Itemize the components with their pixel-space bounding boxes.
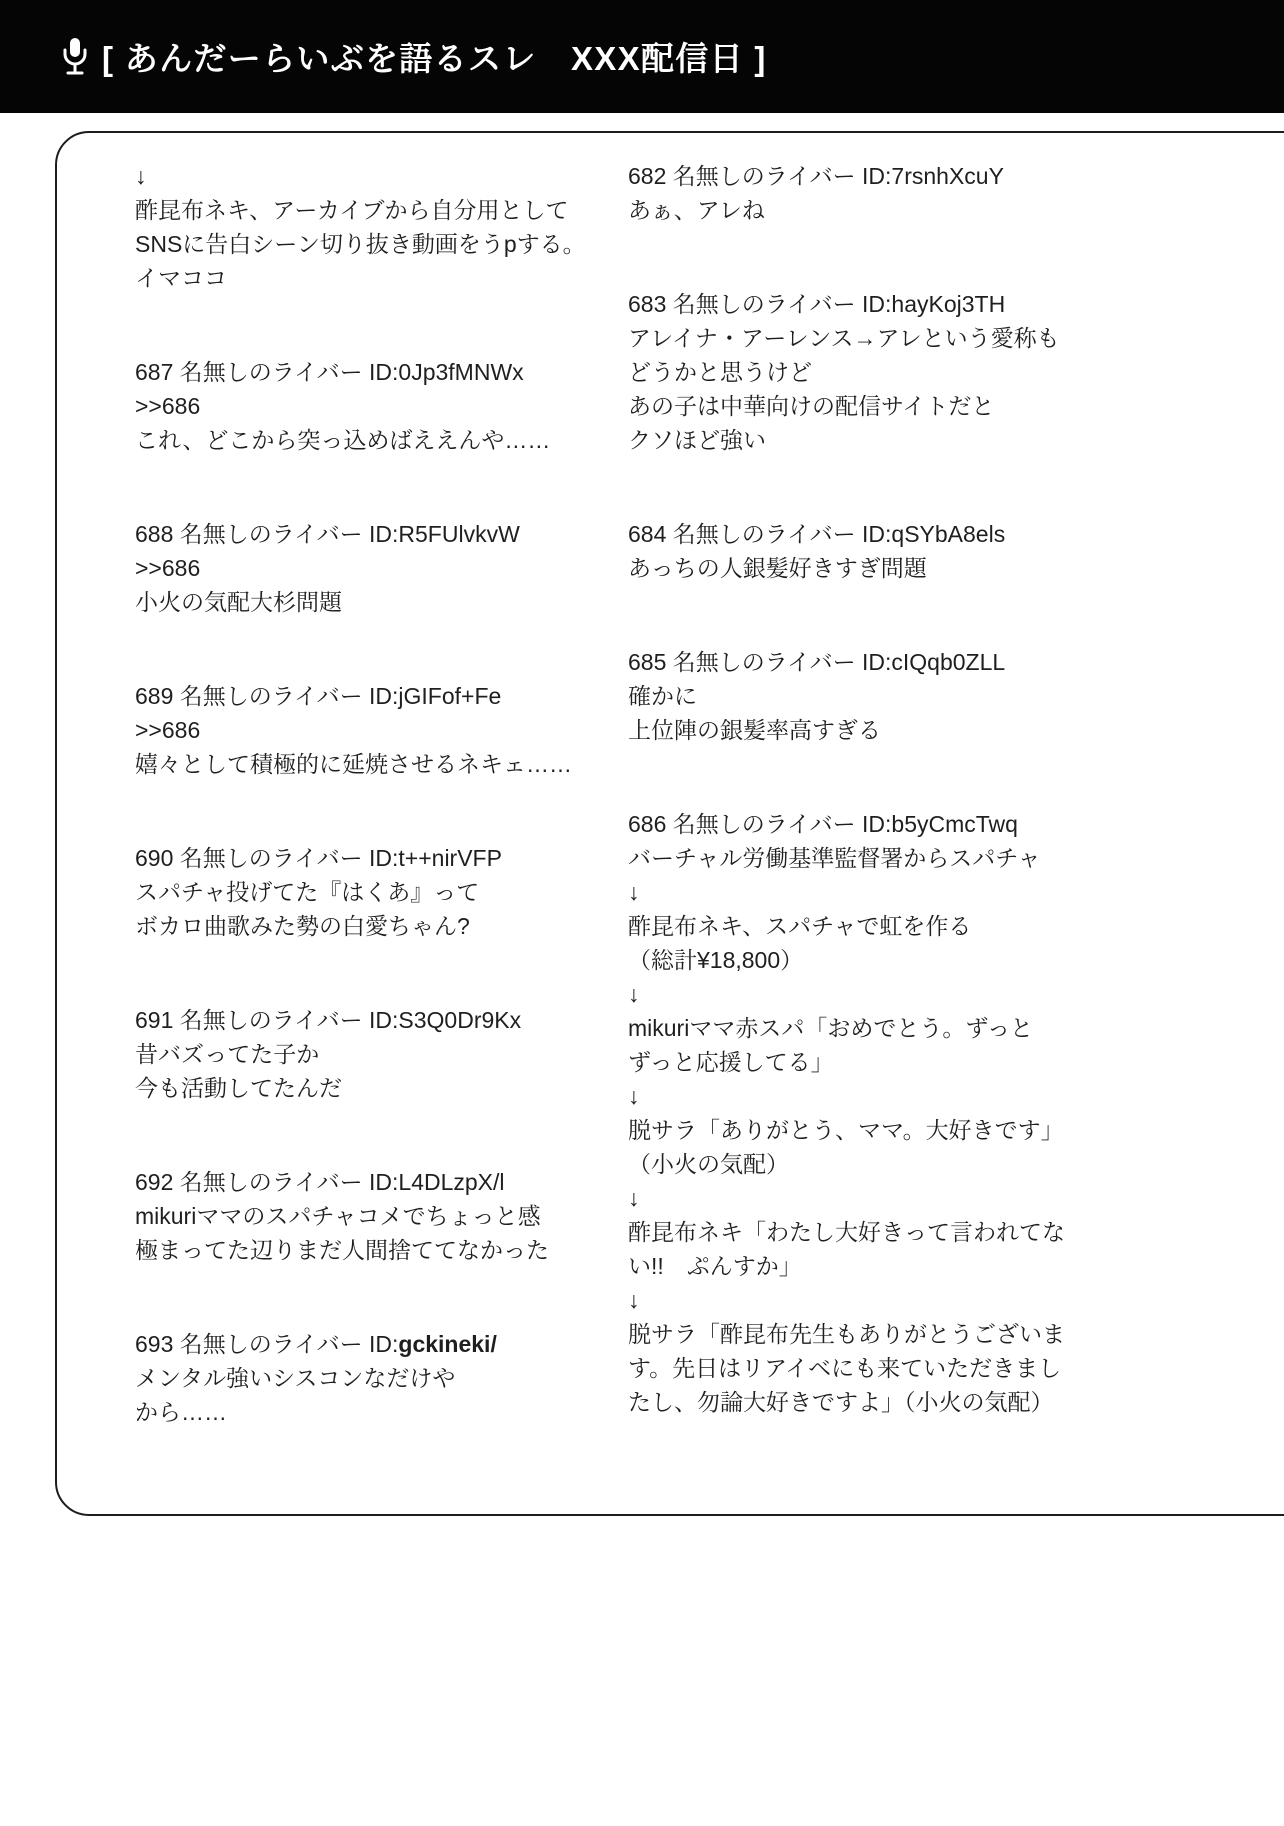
post-body: mikuriママのスパチャコメでちょっと感 極まってた辺りまだ人間捨ててなかった [135,1199,590,1267]
post-header: 685 名無しのライバー ID:cIQqb0ZLL [628,645,1128,679]
thread-column: 682 名無しのライバー ID:7rsnhXcuY あぁ、アレね 683 名無し… [628,159,1128,1489]
post-id: jGIFof+Fe [398,683,501,709]
post-author: 名無しのライバー [673,811,862,837]
post-number: 684 [628,521,673,547]
post-number: 690 [135,845,180,871]
post: 687 名無しのライバー ID:0Jp3fMNWx >>686 これ、どこから突… [135,355,590,457]
post-header: 682 名無しのライバー ID:7rsnhXcuY [628,159,1128,193]
thread-columns: ↓ 酢昆布ネキ、アーカイブから自分用として SNSに告白シーン切り抜き動画をうp… [135,159,1284,1489]
post-id: 0Jp3fMNWx [398,359,523,385]
post-header: 688 名無しのライバー ID:R5FUlvkvW [135,517,590,551]
post-number: 687 [135,359,180,385]
post-id-label: ID: [862,811,891,837]
post-id: b5yCmcTwq [891,811,1018,837]
thread-title-bar: [ あんだーらいぶを語るスレ XXX配信日 ] [0,0,1284,113]
post-number: 691 [135,1007,180,1033]
post-author: 名無しのライバー [180,1331,369,1357]
post-header: 686 名無しのライバー ID:b5yCmcTwq [628,807,1128,841]
post-body: メンタル強いシスコンなだけや から…… [135,1361,590,1429]
post: ↓ 酢昆布ネキ、アーカイブから自分用として SNSに告白シーン切り抜き動画をうp… [135,159,590,295]
thread-column: ↓ 酢昆布ネキ、アーカイブから自分用として SNSに告白シーン切り抜き動画をうp… [135,159,590,1489]
post-id: gckineki/ [398,1331,496,1357]
post-number: 692 [135,1169,180,1195]
post-author: 名無しのライバー [673,163,862,189]
post-id: L4DLzpX/l [398,1169,504,1195]
post-body: あっちの人銀髪好きすぎ問題 [628,551,1128,585]
post-body: >>686 嬉々として積極的に延焼させるネキェ…… [135,713,590,781]
post-id: hayKoj3TH [891,291,1005,317]
post-id-label: ID: [369,1331,398,1357]
post-body: スパチャ投げてた『はくあ』って ボカロ曲歌みた勢の白愛ちゃん? [135,875,590,943]
post-id-label: ID: [369,845,398,871]
post: 685 名無しのライバー ID:cIQqb0ZLL 確かに 上位陣の銀髪率高すぎ… [628,645,1128,747]
post: 683 名無しのライバー ID:hayKoj3TH アレイナ・アーレンス→アレと… [628,287,1128,457]
post-id-label: ID: [369,683,398,709]
post-id: 7rsnhXcuY [891,163,1004,189]
post: 684 名無しのライバー ID:qSYbA8els あっちの人銀髪好きすぎ問題 [628,517,1128,585]
post: 693 名無しのライバー ID:gckineki/ メンタル強いシスコンなだけや… [135,1327,590,1429]
post-body: >>686 小火の気配大杉問題 [135,551,590,619]
post-author: 名無しのライバー [180,1007,369,1033]
post-id-label: ID: [369,359,398,385]
post-id: qSYbA8els [891,521,1005,547]
post-id-label: ID: [862,649,891,675]
post: 692 名無しのライバー ID:L4DLzpX/l mikuriママのスパチャコ… [135,1165,590,1267]
post-header: 691 名無しのライバー ID:S3Q0Dr9Kx [135,1003,590,1037]
post: 688 名無しのライバー ID:R5FUlvkvW >>686 小火の気配大杉問… [135,517,590,619]
post-body: 昔バズってた子か 今も活動してたんだ [135,1037,590,1105]
post-author: 名無しのライバー [673,521,862,547]
post-id-label: ID: [862,521,891,547]
post-number: 682 [628,163,673,189]
post: 686 名無しのライバー ID:b5yCmcTwq バーチャル労働基準監督署から… [628,807,1128,1419]
post-header: 687 名無しのライバー ID:0Jp3fMNWx [135,355,590,389]
post-id-label: ID: [862,291,891,317]
post-id: S3Q0Dr9Kx [398,1007,521,1033]
post-id-label: ID: [369,1169,398,1195]
post-header: 690 名無しのライバー ID:t++nirVFP [135,841,590,875]
post-number: 685 [628,649,673,675]
post-id: cIQqb0ZLL [891,649,1005,675]
post-author: 名無しのライバー [673,291,862,317]
post-id-label: ID: [369,521,398,547]
post-number: 683 [628,291,673,317]
post-body: 確かに 上位陣の銀髪率高すぎる [628,679,1128,747]
microphone-icon [60,35,90,79]
post-author: 名無しのライバー [180,845,369,871]
post-body: アレイナ・アーレンス→アレという愛称も どうかと思うけど あの子は中華向けの配信… [628,321,1128,457]
post-number: 689 [135,683,180,709]
page-frame: ↓ 酢昆布ネキ、アーカイブから自分用として SNSに告白シーン切り抜き動画をうp… [55,131,1284,1516]
post-body: あぁ、アレね [628,193,1128,227]
post: 690 名無しのライバー ID:t++nirVFP スパチャ投げてた『はくあ』っ… [135,841,590,943]
post-id-label: ID: [862,163,891,189]
post-id-label: ID: [369,1007,398,1033]
post-header: 683 名無しのライバー ID:hayKoj3TH [628,287,1128,321]
post-id: R5FUlvkvW [398,521,519,547]
post-number: 688 [135,521,180,547]
post-author: 名無しのライバー [180,359,369,385]
thread-title: [ あんだーらいぶを語るスレ XXX配信日 ] [102,33,767,80]
post-number: 693 [135,1331,180,1357]
post: 682 名無しのライバー ID:7rsnhXcuY あぁ、アレね [628,159,1128,227]
post-author: 名無しのライバー [180,683,369,709]
post-body: バーチャル労働基準監督署からスパチャ ↓ 酢昆布ネキ、スパチャで虹を作る （総計… [628,841,1128,1419]
post: 689 名無しのライバー ID:jGIFof+Fe >>686 嬉々として積極的… [135,679,590,781]
post-author: 名無しのライバー [180,521,369,547]
post-id: t++nirVFP [398,845,502,871]
post-header: 684 名無しのライバー ID:qSYbA8els [628,517,1128,551]
post-body: >>686 これ、どこから突っ込めばええんや…… [135,389,590,457]
post-header: 689 名無しのライバー ID:jGIFof+Fe [135,679,590,713]
post-author: 名無しのライバー [180,1169,369,1195]
post-header: 692 名無しのライバー ID:L4DLzpX/l [135,1165,590,1199]
post-header: 693 名無しのライバー ID:gckineki/ [135,1327,590,1361]
post-body: ↓ 酢昆布ネキ、アーカイブから自分用として SNSに告白シーン切り抜き動画をうp… [135,159,590,295]
post-author: 名無しのライバー [673,649,862,675]
post: 691 名無しのライバー ID:S3Q0Dr9Kx 昔バズってた子か 今も活動し… [135,1003,590,1105]
post-number: 686 [628,811,673,837]
